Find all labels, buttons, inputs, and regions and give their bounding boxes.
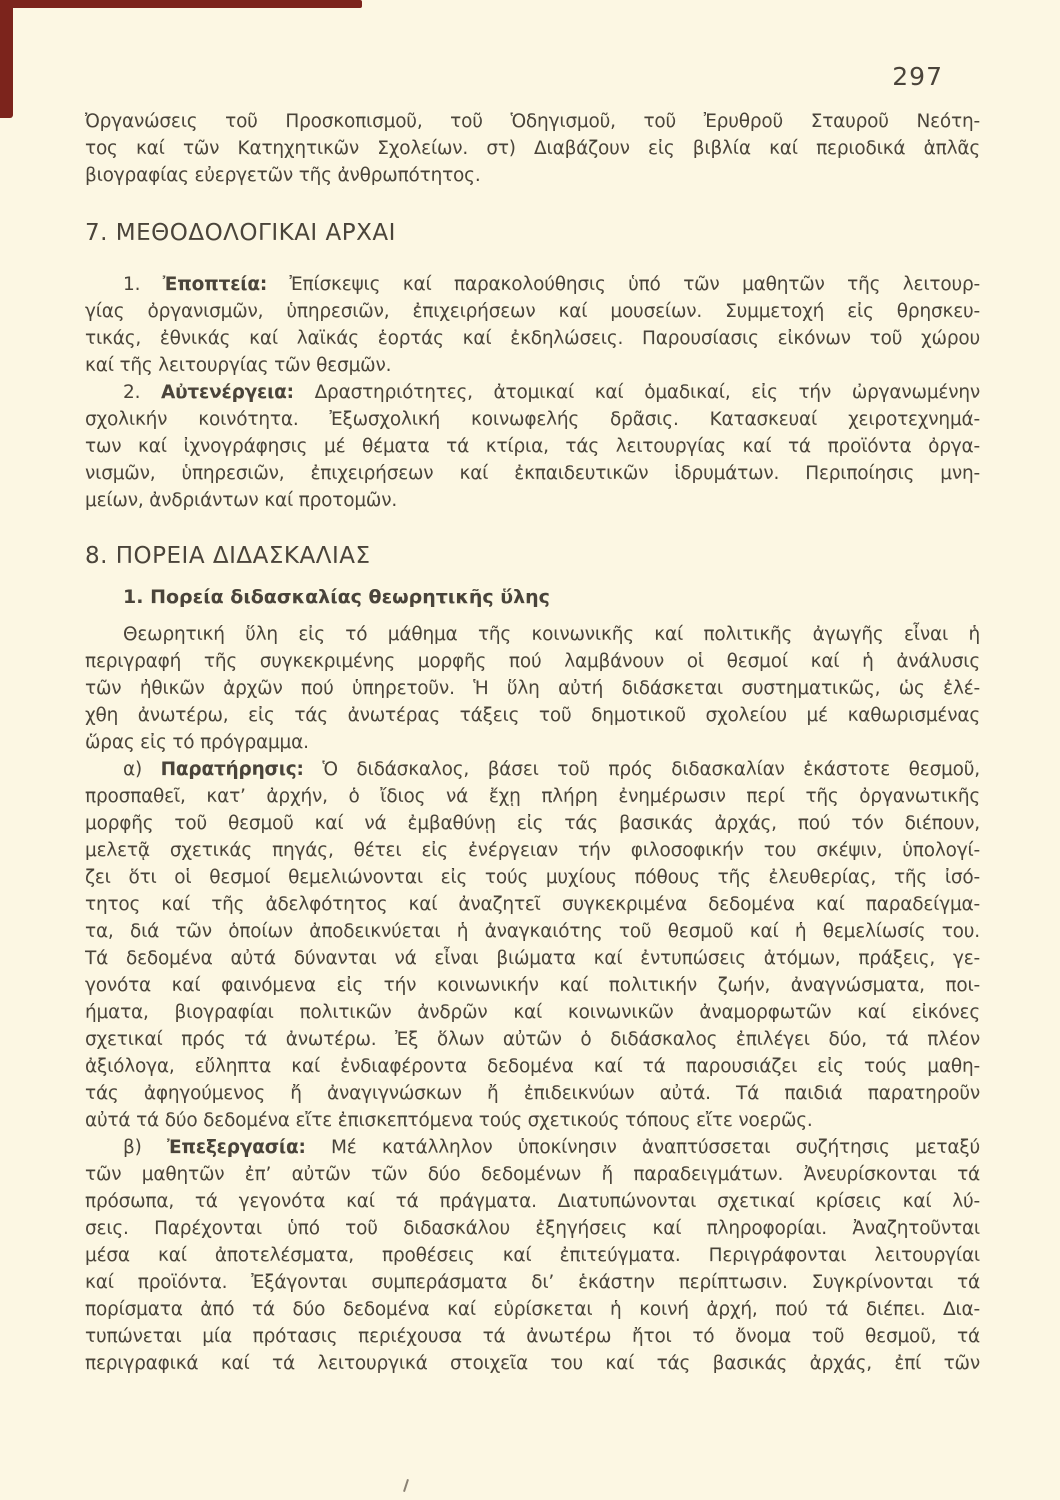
text-line: νισμῶν, ὑπηρεσιῶν, ἐπιχειρήσεων καί ἐκπα… [85,460,980,487]
text-run: Μέ κατάλληλον ὑποκίνησιν ἀναπτύσσεται συ… [306,1137,980,1158]
text-line: 2. Αὐτενέργεια: Δραστηριότητες, ἀτομικαί… [85,379,980,406]
text-line: ήματα, βιογραφίαι πολιτικῶν ἀνδρῶν καί κ… [85,999,980,1026]
text-line: των καί ἰχνογράφησις μέ θέματα τά κτίρια… [85,433,980,460]
text-run: προσπαθεῖ, κατ’ ἀρχήν, ὁ ἴδιος νά ἔχῃ πλ… [85,786,980,807]
text-run: ὥρας εἰς τό πρόγραμμα. [85,732,309,753]
text-run: σχολικήν κοινότητα. Ἐξωσχολική κοινωφελή… [85,409,980,430]
text-line: σχολικήν κοινότητα. Ἐξωσχολική κοινωφελή… [85,406,980,433]
text-line: μέσα καί ἀποτελέσματα, προθέσεις καί ἐπι… [85,1242,980,1269]
text-line: τῶν ἠθικῶν ἀρχῶν πού ὑπηρετοῦν. Ἡ ὕλη αὐ… [85,675,980,702]
text-line: τάς ἀφηγούμενος ἤ ἀναγιγνώσκων ἤ ἐπιδεικ… [85,1080,980,1107]
text-run: πορίσματα ἀπό τά δύο δεδομένα καί εὑρίσκ… [85,1299,980,1320]
text-line: περιγραφικά καί τά λειτουργικά στοιχεῖα … [85,1350,980,1377]
text-run: 1. [123,586,150,608]
text-run: 1. [123,274,163,295]
text-run: βιογραφίας εὐεργετῶν τῆς ἀνθρωπότητος. [85,165,481,186]
text-line: τητος καί τῆς ἀδελφότητος καί ἀναζητεῖ σ… [85,891,980,918]
text-run: Τά δεδομένα αὐτά δύνανται νά εἶναι βιώμα… [85,948,980,969]
section-heading-8: 8. ΠΟΡΕΙΑ ΔΙΔΑΣΚΑΛΙΑΣ [85,542,980,570]
text-run: ἀξιόλογα, εὔληπτα καί ἐνδιαφέροντα δεδομ… [85,1056,980,1077]
text-line: β) Ἐπεξεργασία: Μέ κατάλληλον ὑποκίνησιν… [85,1134,980,1161]
text-run: τῶν μαθητῶν ἐπ’ αὐτῶν τῶν δύο δεδομένων … [85,1164,980,1185]
text-blocks: Ὀργανώσεις τοῦ Προσκοπισμοῦ, τοῦ Ὁδηγισμ… [85,108,980,1377]
bold-run: Ἐποπτεία: [163,274,267,295]
text-run: Ὁ διδάσκαλος, βάσει τοῦ πρός διδασκαλίαν… [304,759,980,780]
text-line: τῶν μαθητῶν ἐπ’ αὐτῶν τῶν δύο δεδομένων … [85,1161,980,1188]
text-line: α) Παρατήρησις: Ὁ διδάσκαλος, βάσει τοῦ … [85,756,980,783]
text-run: σχετικαί πρός τά ἀνωτέρω. Ἐξ ὅλων αὐτῶν … [85,1029,980,1050]
page-content: Ὀργανώσεις τοῦ Προσκοπισμοῦ, τοῦ Ὁδηγισμ… [85,0,980,1377]
body-paragraph: Θεωρητική ὕλη εἰς τό μάθημα τῆς κοινωνικ… [85,621,980,756]
ink-speck-artifact [403,1479,409,1492]
text-run: γονότα καί φαινόμενα εἰς τήν κοινωνικήν … [85,975,980,996]
text-run: τάς ἀφηγούμενος ἤ ἀναγιγνώσκων ἤ ἐπιδεικ… [85,1083,980,1104]
text-run: ζει ὅτι οἱ θεσμοί θεμελιώνονται εἰς τούς… [85,867,980,888]
text-run: τητος καί τῆς ἀδελφότητος καί ἀναζητεῖ σ… [85,894,980,915]
text-line: τικάς, ἐθνικάς καί λαϊκάς ἑορτάς καί ἐκδ… [85,325,980,352]
text-line: μελετᾷ σχετικάς πηγάς, θέτει εἰς ἐνέργει… [85,837,980,864]
text-line: γίας ὀργανισμῶν, ὑπηρεσιῶν, ἐπιχειρήσεων… [85,298,980,325]
text-line: βιογραφίας εὐεργετῶν τῆς ἀνθρωπότητος. [85,162,980,189]
text-run: Ἐπίσκεψις καί παρακολούθησις ὑπό τῶν μαθ… [267,274,980,295]
text-run: Θεωρητική ὕλη εἰς τό μάθημα τῆς κοινωνικ… [123,624,980,645]
text-line: χθη ἀνωτέρω, εἰς τάς ἀνωτέρας τάξεις τοῦ… [85,702,980,729]
text-line: 1. Ἐποπτεία: Ἐπίσκεψις καί παρακολούθησι… [85,271,980,298]
text-line: μορφῆς τοῦ θεσμοῦ καί νά ἐμβαθύνῃ εἰς τά… [85,810,980,837]
body-paragraph: Ὀργανώσεις τοῦ Προσκοπισμοῦ, τοῦ Ὁδηγισμ… [85,108,980,189]
text-line: ζει ὅτι οἱ θεσμοί θεμελιώνονται εἰς τούς… [85,864,980,891]
body-paragraph: 2. Αὐτενέργεια: Δραστηριότητες, ἀτομικαί… [85,379,980,514]
text-line: πορίσματα ἀπό τά δύο δεδομένα καί εὑρίσκ… [85,1296,980,1323]
text-line: μείων, ἀνδριάντων καί προτομῶν. [85,487,980,514]
section-heading-7: 7. ΜΕΘΟΔΟΛΟΓΙΚΑΙ ΑΡΧΑΙ [85,219,980,247]
scanned-page: 297 Ὀργανώσεις τοῦ Προσκοπισμοῦ, τοῦ Ὁδη… [0,0,1060,1500]
text-run: β) [123,1137,167,1158]
text-run: τα, διά τῶν ὁποίων ἀποδεικνύεται ἡ ἀναγκ… [85,921,980,942]
text-run: Ὀργανώσεις τοῦ Προσκοπισμοῦ, τοῦ Ὁδηγισμ… [85,111,980,132]
body-paragraph: β) Ἐπεξεργασία: Μέ κατάλληλον ὑποκίνησιν… [85,1134,980,1377]
text-run: αὐτά τά δύο δεδομένα εἴτε ἐπισκεπτόμενα … [85,1110,813,1131]
subsection-heading-1: 1. Πορεία διδασκαλίας θεωρητικῆς ὕλης [85,584,980,611]
text-run: καί τῆς λειτουργίας τῶν θεσμῶν. [85,355,391,376]
text-line: σχετικαί πρός τά ἀνωτέρω. Ἐξ ὅλων αὐτῶν … [85,1026,980,1053]
text-line: αὐτά τά δύο δεδομένα εἴτε ἐπισκεπτόμενα … [85,1107,980,1134]
text-line: Τά δεδομένα αὐτά δύνανται νά εἶναι βιώμα… [85,945,980,972]
body-paragraph: α) Παρατήρησις: Ὁ διδάσκαλος, βάσει τοῦ … [85,756,980,1134]
text-run: τῶν ἠθικῶν ἀρχῶν πού ὑπηρετοῦν. Ἡ ὕλη αὐ… [85,678,980,699]
text-line: τυπώνεται μία πρότασις περιέχουσα τά ἀνω… [85,1323,980,1350]
text-run: 2. [123,382,161,403]
text-run: α) [123,759,161,780]
text-run: τικάς, ἐθνικάς καί λαϊκάς ἑορτάς καί ἐκδ… [85,328,980,349]
text-run: Δραστηριότητες, ἀτομικαί καί ὁμαδικαί, ε… [294,382,980,403]
text-line: περιγραφή τῆς συγκεκριμένης μορφῆς πού λ… [85,648,980,675]
text-run: μείων, ἀνδριάντων καί προτομῶν. [85,490,397,511]
text-run: μελετᾷ σχετικάς πηγάς, θέτει εἰς ἐνέργει… [85,840,980,861]
text-run: τυπώνεται μία πρότασις περιέχουσα τά ἀνω… [85,1326,980,1347]
text-line: καί τῆς λειτουργίας τῶν θεσμῶν. [85,352,980,379]
text-line: γονότα καί φαινόμενα εἰς τήν κοινωνικήν … [85,972,980,999]
text-run: περιγραφή τῆς συγκεκριμένης μορφῆς πού λ… [85,651,980,672]
bold-run: Αὐτενέργεια: [161,382,294,403]
bold-run: Παρατήρησις: [161,759,304,780]
scan-edge-mark-left [0,0,13,118]
text-line: πρόσωπα, τά γεγονότα καί τά πράγματα. Δι… [85,1188,980,1215]
body-paragraph: 1. Ἐποπτεία: Ἐπίσκεψις καί παρακολούθησι… [85,271,980,379]
text-run: μορφῆς τοῦ θεσμοῦ καί νά ἐμβαθύνῃ εἰς τά… [85,813,980,834]
text-line: Ὀργανώσεις τοῦ Προσκοπισμοῦ, τοῦ Ὁδηγισμ… [85,108,980,135]
text-line: τος καί τῶν Κατηχητικῶν Σχολείων. στ) Δι… [85,135,980,162]
text-run: πρόσωπα, τά γεγονότα καί τά πράγματα. Δι… [85,1191,980,1212]
bold-run: Ἐπεξεργασία: [167,1137,306,1158]
text-run: μέσα καί ἀποτελέσματα, προθέσεις καί ἐπι… [85,1245,980,1266]
text-line: καί προϊόντα. Ἐξάγονται συμπεράσματα δι’… [85,1269,980,1296]
text-run: χθη ἀνωτέρω, εἰς τάς ἀνωτέρας τάξεις τοῦ… [85,705,980,726]
text-run: των καί ἰχνογράφησις μέ θέματα τά κτίρια… [85,436,980,457]
text-run: σεις. Παρέχονται ὑπό τοῦ διδασκάλου ἐξηγ… [85,1218,980,1239]
text-run: γίας ὀργανισμῶν, ὑπηρεσιῶν, ἐπιχειρήσεων… [85,301,980,322]
bold-run: Πορεία διδασκαλίας θεωρητικῆς ὕλης [150,586,550,608]
text-line: ὥρας εἰς τό πρόγραμμα. [85,729,980,756]
text-run: περιγραφικά καί τά λειτουργικά στοιχεῖα … [85,1353,980,1374]
text-run: καί προϊόντα. Ἐξάγονται συμπεράσματα δι’… [85,1272,980,1293]
text-run: ήματα, βιογραφίαι πολιτικῶν ἀνδρῶν καί κ… [85,1002,980,1023]
text-run: νισμῶν, ὑπηρεσιῶν, ἐπιχειρήσεων καί ἐκπα… [85,463,980,484]
text-run: τος καί τῶν Κατηχητικῶν Σχολείων. στ) Δι… [85,138,980,159]
text-line: τα, διά τῶν ὁποίων ἀποδεικνύεται ἡ ἀναγκ… [85,918,980,945]
text-line: ἀξιόλογα, εὔληπτα καί ἐνδιαφέροντα δεδομ… [85,1053,980,1080]
text-line: σεις. Παρέχονται ὑπό τοῦ διδασκάλου ἐξηγ… [85,1215,980,1242]
text-line: προσπαθεῖ, κατ’ ἀρχήν, ὁ ἴδιος νά ἔχῃ πλ… [85,783,980,810]
text-line: Θεωρητική ὕλη εἰς τό μάθημα τῆς κοινωνικ… [85,621,980,648]
